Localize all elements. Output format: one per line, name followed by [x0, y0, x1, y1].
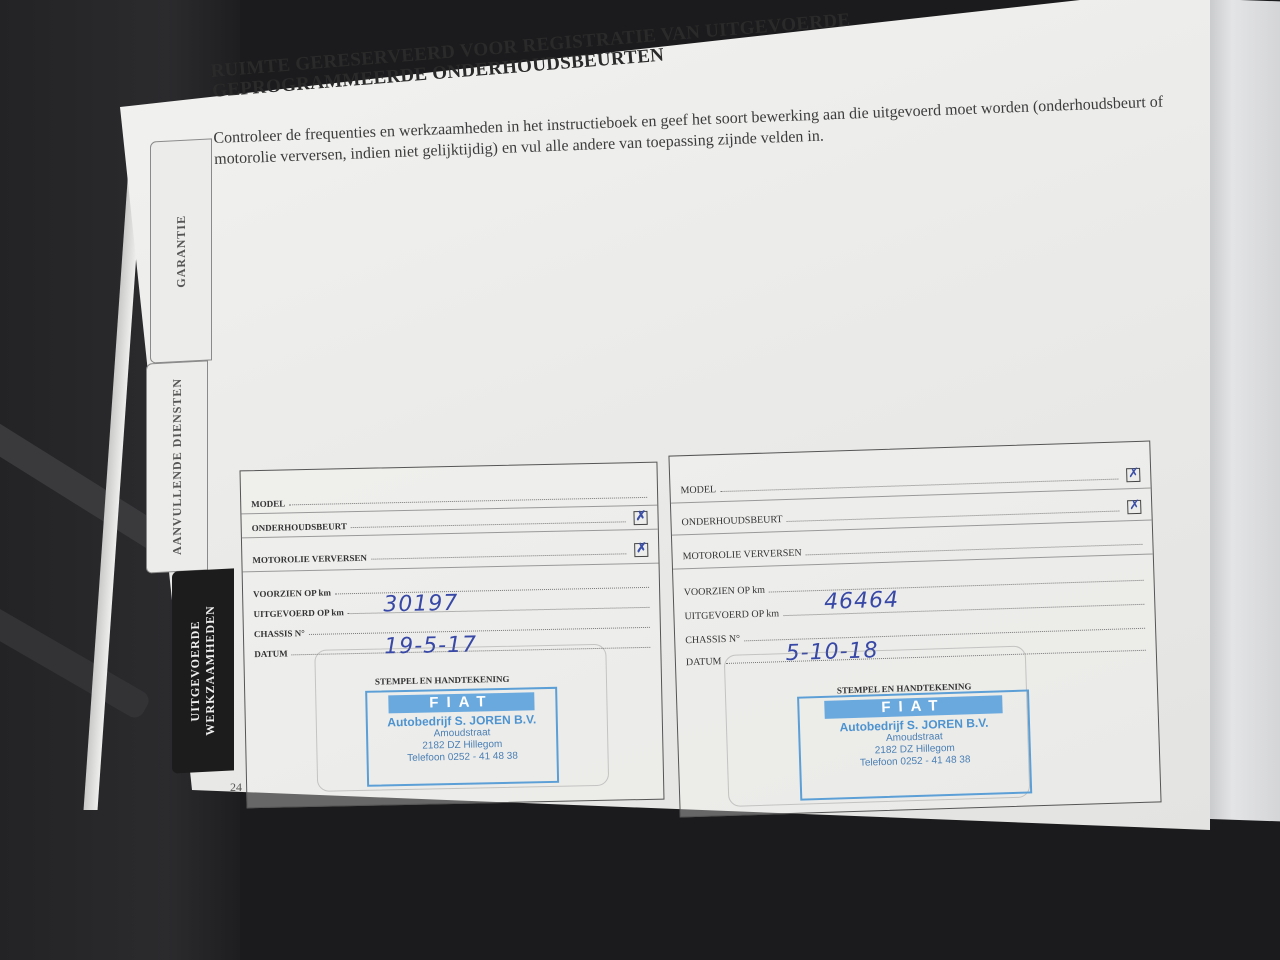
page-number: 24	[230, 780, 242, 795]
service-checkbox[interactable]	[633, 511, 647, 525]
oil-field: MOTOROLIE VERVERSEN	[682, 532, 1142, 562]
service-record-card: MODEL ONDERHOUDSBEURT MOTOROLIE VERVERSE…	[240, 462, 665, 809]
page-content: RUIMTE GERESERVEERD VOOR REGISTRATIE VAN…	[0, 0, 1280, 960]
model-field: MODEL	[680, 466, 1140, 496]
oil-checkbox[interactable]	[634, 543, 648, 557]
model-checkbox[interactable]	[1126, 468, 1140, 482]
service-field: ONDERHOUDSBEURT	[681, 498, 1141, 528]
tab-uitgevoerde-werkzaamheden[interactable]: UITGEVOERDE WERKZAAMHEDEN	[172, 568, 234, 773]
handwritten-km: 30197	[383, 591, 459, 618]
dealer-stamp: FIAT Autobedrijf S. JOREN B.V. Amoudstra…	[365, 687, 559, 787]
oil-field: MOTOROLIE VERVERSEN	[252, 541, 648, 565]
tab-garantie[interactable]: GARANTIE	[150, 138, 212, 363]
page-title: RUIMTE GERESERVEERD VOOR REGISTRATIE VAN…	[210, 11, 853, 102]
service-record-card: MODEL ONDERHOUDSBEURT MOTOROLIE VERVERSE…	[668, 441, 1161, 818]
service-checkbox[interactable]	[1127, 500, 1141, 514]
dealer-stamp: FIAT Autobedrijf S. JOREN B.V. Amoudstra…	[797, 689, 1032, 800]
handwritten-km: 46464	[824, 587, 900, 614]
instructions-text: Controleer de frequenties en werkzaamhed…	[213, 91, 1174, 170]
tab-aanvullende-diensten[interactable]: AANVULLENDE DIENSTEN	[146, 360, 208, 573]
fiat-logo: FIAT	[388, 692, 535, 713]
